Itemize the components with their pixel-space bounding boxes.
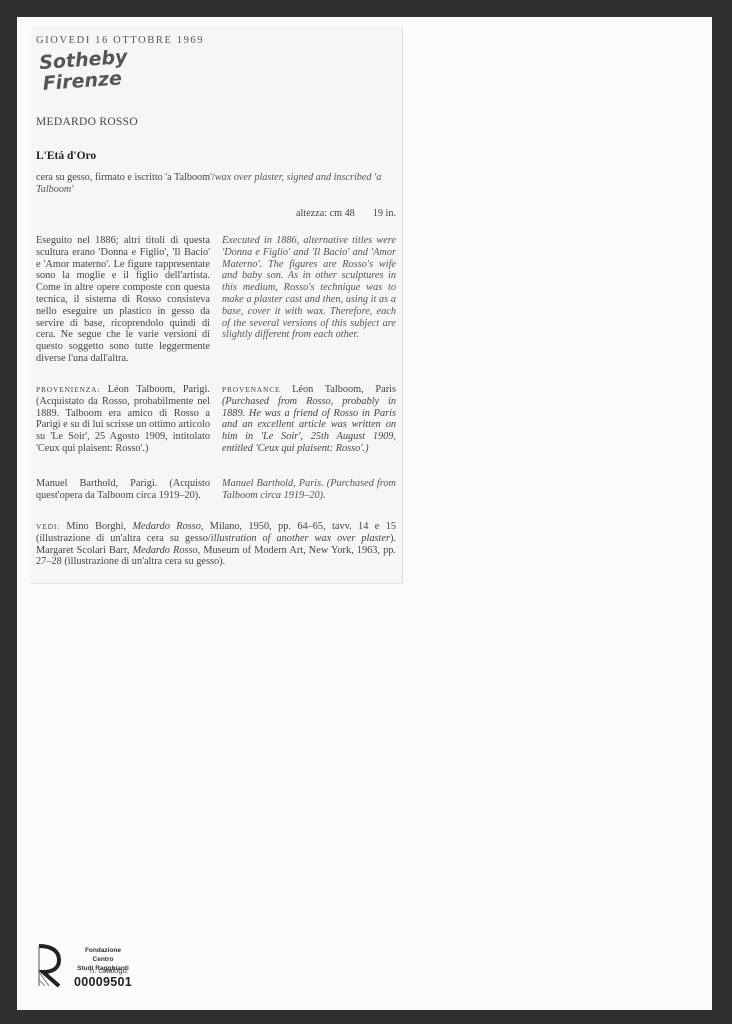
artwork-title: L'Etá d'Oro [36,150,96,162]
bib-text: illustration of another wax over plaster [211,533,390,544]
provenance-owner: Léon Talboom, Paris [292,384,396,395]
medium-italian: cera su gesso, firmato e iscritto 'a Tal… [36,172,215,183]
provenance-italian-1: PROVENIENZA: Léon Talboom, Parigi. (Acqu… [36,384,210,455]
foundation-line: Fondazione Centro [74,946,132,964]
provenance-italian-2: Manuel Barthold, Parigi. (Acquisto quest… [36,478,210,502]
height-in: 19 in. [373,208,396,219]
catalog-number: 00009501 [74,975,132,989]
bibliography: VEDI: Mino Borghi, Medardo Rosso, Milano… [36,521,396,568]
bib-title: Medardo Rosso [133,545,198,556]
provenance-label: PROVENANCE [222,385,280,394]
catalog-label: n. catalogo: [90,966,129,975]
description-italian: Eseguito nel 1886; altri titoli di quest… [36,235,210,365]
foundation-logo-icon [37,944,61,988]
bib-title: Medardo Rosso [132,521,200,532]
medium-description: cera su gesso, firmato e iscritto 'a Tal… [36,172,396,196]
provenance-english-1: PROVENANCE Léon Talboom, Paris (Purchase… [222,384,396,455]
bib-text: Mino Borghi, [66,521,132,532]
provenance-english-2: Manuel Barthold, Paris. (Purchased from … [222,478,396,502]
provenance-text: (Purchased from Rosso, probably in 1889.… [222,396,396,454]
provenance-label: PROVENIENZA: [36,385,100,394]
height-cm: altezza: cm 48 [296,208,355,219]
artist-name: MEDARDO ROSSO [36,116,138,128]
description-english: Executed in 1886, alternative titles wer… [222,235,396,341]
dimensions: altezza: cm 4819 in. [250,208,396,219]
auction-date: GIOVEDI 16 OTTOBRE 1969 [36,35,204,46]
handwritten-note: Sotheby Firenze [39,47,130,95]
provenance-text: Léon Talboom, Parigi. (Acquistato da Ros… [36,384,210,454]
bibliography-label: VEDI: [36,522,60,531]
